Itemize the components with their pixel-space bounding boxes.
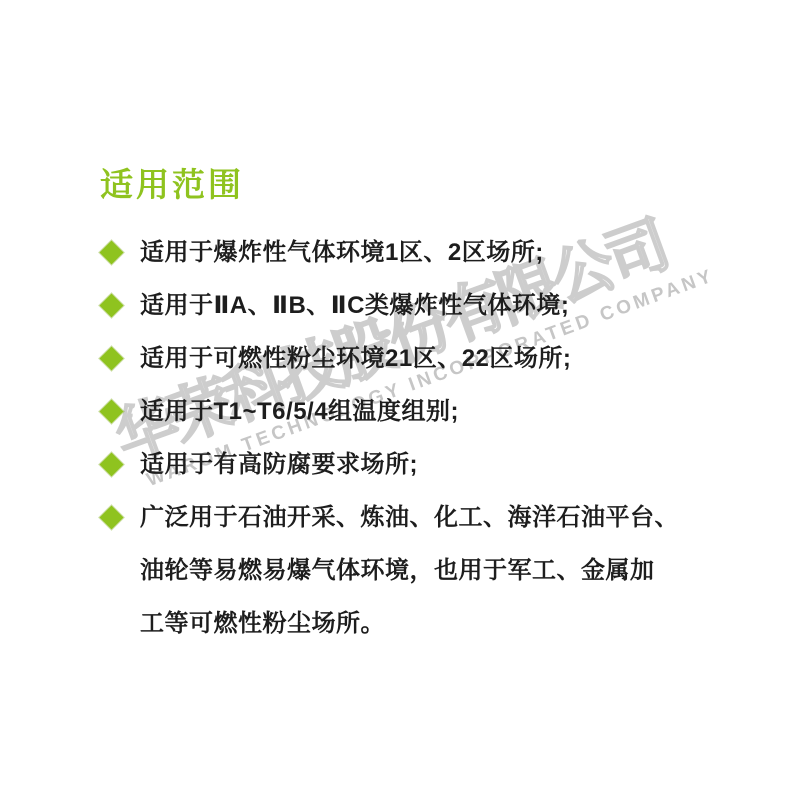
list-item: 广泛用于石油开采、炼油、化工、海洋石油平台、 油轮等易燃易爆气体环境，也用于军工… bbox=[100, 491, 680, 650]
list-item-text: 广泛用于石油开采、炼油、化工、海洋石油平台、 油轮等易燃易爆气体环境，也用于军工… bbox=[140, 491, 679, 650]
list-item: 适用于爆炸性气体环境1区、2区场所; bbox=[100, 226, 680, 279]
list-item-text: 适用于可燃性粉尘环境21区、22区场所; bbox=[140, 332, 571, 385]
list-item: 适用于ⅡA、ⅡB、ⅡC类爆炸性气体环境; bbox=[100, 279, 680, 332]
diamond-bullet-icon bbox=[99, 293, 123, 317]
list-item: 适用于有高防腐要求场所; bbox=[100, 438, 680, 491]
diamond-bullet-icon bbox=[99, 399, 123, 423]
diamond-bullet-icon bbox=[99, 240, 123, 264]
list-item: 适用于T1~T6/5/4组温度组别; bbox=[100, 385, 680, 438]
list-item-text: 适用于爆炸性气体环境1区、2区场所; bbox=[140, 226, 544, 279]
list-item-text: 适用于T1~T6/5/4组温度组别; bbox=[140, 385, 459, 438]
list-item: 适用于可燃性粉尘环境21区、22区场所; bbox=[100, 332, 680, 385]
diamond-bullet-icon bbox=[99, 505, 123, 529]
page-title: 适用范围 bbox=[100, 165, 244, 205]
diamond-bullet-icon bbox=[99, 452, 123, 476]
application-scope-list: 适用于爆炸性气体环境1区、2区场所; 适用于ⅡA、ⅡB、ⅡC类爆炸性气体环境; … bbox=[100, 226, 680, 650]
diamond-bullet-icon bbox=[99, 346, 123, 370]
list-item-text: 适用于ⅡA、ⅡB、ⅡC类爆炸性气体环境; bbox=[140, 279, 569, 332]
brochure-page: 华荣科技股份有限公司 WAROM TECHNOLOGY INCORPORATED… bbox=[0, 0, 800, 800]
list-item-text: 适用于有高防腐要求场所; bbox=[140, 438, 418, 491]
